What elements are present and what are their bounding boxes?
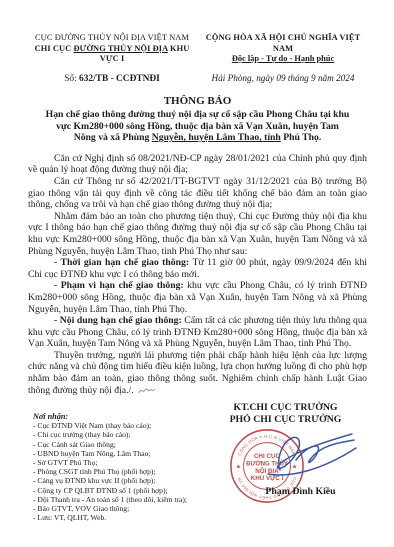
- recipient-item: - Sở GTVT Phú Thọ;: [33, 458, 204, 467]
- notice-body: Căn cứ Nghị định số 08/2021/NĐ-CP ngày 2…: [28, 153, 367, 396]
- recipient-item: - Cục Cảnh sát Giao thông;: [33, 440, 204, 449]
- recipient-item: - Lưu: VT, QLHT, Web.: [33, 513, 204, 522]
- signer-role-line: PHÓ CHI CỤC TRƯỞNG: [204, 414, 367, 426]
- signer-authority-line: KT.CHI CỤC TRƯỞNG: [204, 402, 367, 414]
- paragraph-legal-basis-1: Căn cứ Nghị định số 08/2021/NĐ-CP ngày 2…: [28, 153, 367, 176]
- recipient-item: - Cục ĐTNĐ Việt Nam (thay báo cáo);: [33, 421, 204, 430]
- recipient-item: - Phòng CSGT tỉnh Phú Thọ (phối hợp);: [33, 467, 204, 476]
- signature-icon: [266, 430, 358, 482]
- issuing-agency-name: CHI CỤC ĐƯỜNG THỦY NỘI ĐỊA KHU VỰC I: [28, 44, 196, 65]
- signer-name: Phạm Đình Kiều: [204, 486, 367, 497]
- paragraph-legal-basis-2: Căn cứ Thông tư số 42/2021/TT-BGTVT ngày…: [28, 176, 367, 211]
- seal-star-left: ★: [236, 464, 241, 471]
- paragraph-compliance: Thuyền trưởng, người lái phương tiện phả…: [28, 350, 367, 396]
- recipient-item: - UBND huyện Tam Nông, Lâm Thao;: [33, 449, 204, 458]
- signature-block: KT.CHI CỤC TRƯỞNG PHÓ CHI CỤC TRƯỞNG CỘN…: [204, 402, 367, 522]
- document-header: CỤC ĐƯỜNG THỦY NỘI ĐỊA VIỆT NAM CHI CỤC …: [28, 33, 367, 84]
- place-date-line: Hải Phòng, ngày 09 tháng 9 năm 2024: [199, 73, 367, 84]
- national-title: CỘNG HÒA XÃ HỘI CHỦ NGHĨA VIỆT NAM: [199, 33, 367, 54]
- paragraph-restriction-content: - Nội dung hạn chế giao thông: Cấm tất c…: [28, 315, 367, 350]
- recipient-item: - Cảng vụ ĐTNĐ khu vực II (phối hợp);: [33, 476, 204, 485]
- notice-title: THÔNG BÁO: [28, 95, 367, 107]
- notice-subtitle: Hạn chế giao thông đường thuỷ nội địa sự…: [28, 109, 367, 144]
- paragraph-restriction-time: - Thời gian hạn chế giao thông: Từ 11 gi…: [28, 257, 367, 280]
- recipient-item: - Công ty CP QLBT ĐTNĐ số 1 (phối hợp);: [33, 486, 204, 495]
- recipients-block: Nơi nhận: - Cục ĐTNĐ Việt Nam (thay báo …: [28, 412, 204, 522]
- national-motto: Độc lập - Tự do - Hạnh phúc: [199, 54, 367, 65]
- recipient-item: - Chi cục trưởng (thay báo cáo);: [33, 430, 204, 439]
- paragraph-purpose: Nhằm đảm bảo an toàn cho phương tiện thu…: [28, 211, 367, 257]
- paraphe-icon: [138, 385, 156, 395]
- paragraph-restriction-scope: - Phạm vi hạn chế giao thông: khu vực cầ…: [28, 280, 367, 315]
- document-page: CỤC ĐƯỜNG THỦY NỘI ĐỊA VIỆT NAM CHI CỤC …: [0, 0, 394, 547]
- issuing-agency-block: CỤC ĐƯỜNG THỦY NỘI ĐỊA VIỆT NAM CHI CỤC …: [28, 33, 196, 84]
- recipients-label: Nơi nhận:: [33, 412, 204, 421]
- national-header-block: CỘNG HÒA XÃ HỘI CHỦ NGHĨA VIỆT NAM Độc l…: [199, 33, 367, 83]
- document-footer: Nơi nhận: - Cục ĐTNĐ Việt Nam (thay báo …: [28, 402, 367, 522]
- parent-agency-name: CỤC ĐƯỜNG THỦY NỘI ĐỊA VIỆT NAM: [28, 33, 196, 44]
- document-number: Số: 632/TB - CCĐTNĐI: [28, 74, 196, 85]
- recipient-item: - Đội Thanh tra - An toàn số 1 (theo dõi…: [33, 495, 204, 504]
- recipient-item: - Báo GTVT, VOV Giao thông;: [33, 504, 204, 513]
